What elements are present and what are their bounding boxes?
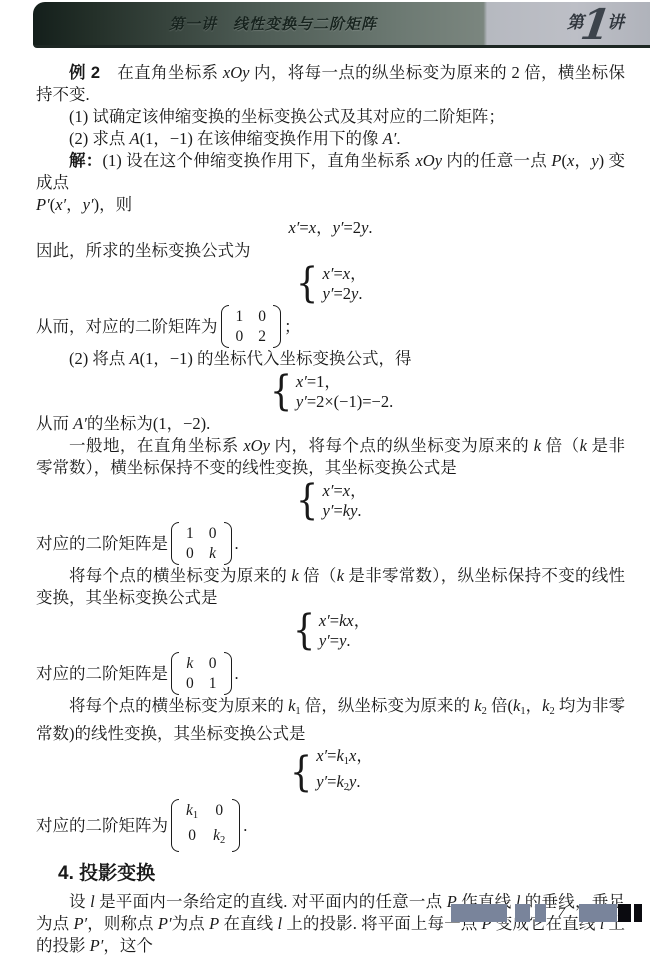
system-line: x′=kx， <box>319 611 370 631</box>
footer-black-block <box>618 904 631 922</box>
text-run: . <box>356 772 360 791</box>
equation: x′=x，y′=2y. <box>288 218 372 237</box>
text-run: )，则 <box>94 195 133 214</box>
text-run: = <box>330 631 339 650</box>
footer-bar <box>451 904 507 922</box>
matrix-paragraph: 对应的二阶矩阵是100k. <box>36 522 625 565</box>
math-var: xOy <box>243 436 270 455</box>
equation-system: {x′=k1x，y′=k2y. <box>288 746 373 798</box>
text-run: 倍( <box>487 696 513 715</box>
footer-square <box>535 904 546 922</box>
equation-system: {x′=x，y′=2y. <box>294 263 366 304</box>
matrix: k100k2 <box>171 799 240 852</box>
math-var: k <box>213 827 220 844</box>
matrix: k001 <box>171 652 232 695</box>
text-run: = <box>333 481 342 500</box>
math-var: y′ <box>323 284 334 303</box>
matrix-cell: 1 <box>236 307 244 326</box>
text-run: = <box>299 218 308 237</box>
paragraph: 一般地，在直角坐标系 xOy 内，将每个点的纵坐标变为原来的 k 倍（k 是非零… <box>36 435 625 479</box>
system-lines: x′=1，y′=2×(−1)=−2. <box>296 372 393 412</box>
matrix-cell: 1 <box>186 524 194 543</box>
text-run: (1，−1) 的坐标代入坐标变换公式，得 <box>140 349 412 368</box>
paren-left <box>171 652 179 695</box>
paren-right <box>224 652 232 695</box>
text-run: 0 <box>186 545 194 562</box>
paragraph: (2) 求点 A(1，−1) 在该伸缩变换作用下的像 A′. <box>36 128 625 150</box>
text-run: 倍（ <box>299 566 337 585</box>
matrix-cell: k <box>186 654 194 673</box>
text-run: (1) 设在这个伸缩变换作用下，直角坐标系 <box>103 151 416 170</box>
text-run: (1，−1) 在该伸缩变换作用下的像 <box>140 129 383 148</box>
text-run: 对应的二阶矩阵是 <box>36 533 168 555</box>
paragraph: 例 2 在直角坐标系 xOy 内，将每一点的纵坐标变为原来的 2 倍，横坐标保持… <box>36 62 625 106</box>
text-run: 为点 <box>172 914 210 933</box>
text-run: . <box>346 631 350 650</box>
math-var: x′ <box>296 372 307 391</box>
text-run: 将每个点的横坐标变为原来的 <box>69 696 288 715</box>
text-run: 4. 投影变换 <box>58 863 155 884</box>
math-var: k <box>542 696 549 715</box>
system-lines: x′=x，y′=ky. <box>323 481 367 521</box>
math-var: x′ <box>319 611 330 630</box>
math-var: k <box>337 566 344 585</box>
math-var: A <box>130 349 140 368</box>
footer-bar-group <box>579 904 642 922</box>
equation-row: {x′=kx，y′=y. <box>36 610 625 651</box>
matrix-grid: 1002 <box>229 305 274 348</box>
text-run: . <box>368 218 372 237</box>
page-footer: 7 <box>451 903 643 923</box>
math-var: k <box>291 566 298 585</box>
math-var: A <box>130 129 140 148</box>
math-var: A′ <box>73 414 87 433</box>
system-lines: x′=x，y′=2y. <box>323 264 367 304</box>
text-run: 例 2 <box>69 64 100 82</box>
brace: { <box>290 752 312 793</box>
matrix-cell: k2 <box>213 826 225 850</box>
matrix-cell: 0 <box>258 307 266 326</box>
text-run: 1 <box>236 308 244 325</box>
text-run: . <box>243 815 247 837</box>
math-var: x′ <box>316 746 327 765</box>
section-heading: 4. 投影变换 <box>58 864 625 884</box>
equation-row: {x′=x，y′=2y. <box>36 263 625 304</box>
text-run: 内，将每个点的纵坐标变为原来的 <box>270 436 534 455</box>
math-var: P′ <box>36 195 50 214</box>
text-run: 0 <box>258 308 266 325</box>
matrix: 1002 <box>221 305 282 348</box>
footer-bar <box>579 904 617 922</box>
math-var: k <box>580 436 587 455</box>
paragraph: (2) 将点 A(1，−1) 的坐标代入坐标变换公式，得 <box>36 348 625 370</box>
math-var: ky <box>343 501 358 520</box>
brace: { <box>296 263 318 304</box>
system-line: x′=x， <box>323 481 367 501</box>
math-var: y′ <box>83 195 94 214</box>
text-run: 0 <box>215 802 223 819</box>
matrix-grid: k100k2 <box>179 799 232 852</box>
math-var: x <box>309 218 316 237</box>
math-var: y′ <box>296 392 307 411</box>
text-run: = <box>330 611 339 630</box>
paren-right <box>232 799 240 852</box>
text-run: . <box>235 663 239 685</box>
paragraph: 因此，所求的坐标变换公式为 <box>36 240 625 262</box>
text-run: 在直角坐标系 <box>100 63 223 82</box>
text-run: ， <box>356 746 373 765</box>
text-run: 0 <box>186 675 194 692</box>
text-run: ， <box>354 611 371 630</box>
tab-numeral: 1 <box>578 4 613 46</box>
text-run: ， <box>316 218 333 237</box>
matrix-cell: 0 <box>186 674 194 693</box>
system-lines: x′=k1x，y′=k2y. <box>316 746 373 798</box>
matrix-grid: 100k <box>179 522 224 565</box>
text-run: 2 <box>258 328 266 345</box>
equation-row: {x′=1，y′=2×(−1)=−2. <box>36 371 625 412</box>
chapter-header-bar: 第一讲 线性变换与二阶矩阵 第 1 讲 <box>33 2 650 48</box>
text-run: =1， <box>307 372 341 391</box>
text-run: 1 <box>193 810 198 821</box>
text-run: . <box>235 533 239 555</box>
math-var: x′ <box>55 195 66 214</box>
system-lines: x′=kx，y′=y. <box>319 611 370 651</box>
brace: { <box>293 610 315 651</box>
system-line: x′=k1x， <box>316 746 373 772</box>
math-var: y′ <box>316 772 327 791</box>
system-line: y′=y. <box>319 631 370 651</box>
text-run: 对应的二阶矩阵是 <box>36 663 168 685</box>
math-var: y′ <box>319 631 330 650</box>
matrix-paragraph: 从而，对应的二阶矩阵为1002； <box>36 305 625 348</box>
text-run: ，则称点 <box>87 914 158 933</box>
document-body: 例 2 在直角坐标系 xOy 内，将每一点的纵坐标变为原来的 2 倍，横坐标保持… <box>36 62 625 957</box>
text-run: 倍，纵坐标变为原来的 <box>301 696 475 715</box>
text-run: 一般地，在直角坐标系 <box>69 436 243 455</box>
math-var: P′ <box>73 914 87 933</box>
system-line: x′=x， <box>323 264 367 284</box>
text-run: 1 <box>209 675 217 692</box>
footer-black-block <box>634 904 642 922</box>
equation-system: {x′=x，y′=ky. <box>294 480 366 521</box>
system-line: x′=1， <box>296 372 393 392</box>
matrix-cell: 1 <box>209 674 217 693</box>
text-run: 对应的二阶矩阵为 <box>36 815 168 837</box>
text-run: 内的任意一点 <box>442 151 551 170</box>
text-run: 2 <box>220 835 225 846</box>
text-run: =2×(−1)=−2. <box>307 392 393 411</box>
paragraph: P′(x′，y′)，则 <box>36 194 625 216</box>
paragraph: 从而 A′的坐标为(1，−2). <box>36 413 625 435</box>
matrix-cell: k <box>209 544 217 563</box>
matrix-cell: 0 <box>236 327 244 346</box>
matrix-paragraph: 对应的二阶矩阵是k001. <box>36 652 625 695</box>
math-var: x <box>343 481 350 500</box>
matrix-cell: 0 <box>213 801 225 825</box>
text-run: 从而 <box>36 414 73 433</box>
math-var: y <box>591 151 598 170</box>
math-var: k <box>474 696 481 715</box>
text-run: =2 <box>333 284 351 303</box>
text-run: ， <box>66 195 83 214</box>
math-var: x <box>343 264 350 283</box>
text-run: . <box>396 129 400 148</box>
paragraph: (1) 试确定该伸缩变换的坐标变换公式及其对应的二阶矩阵； <box>36 106 625 128</box>
paragraph: 将每个点的横坐标变为原来的 k1 倍，纵坐标变为原来的 k2 倍(k1，k2 均… <box>36 695 625 745</box>
text-run: 在直线 <box>219 914 277 933</box>
math-var: k <box>534 436 541 455</box>
text-run: 是平面内一条给定的直线. 对平面内的任意一点 <box>95 892 447 911</box>
text-run: (2) 将点 <box>69 349 130 368</box>
equation-row: x′=x，y′=2y. <box>36 217 625 239</box>
paren-left <box>171 522 179 565</box>
text-run: ， <box>574 151 591 170</box>
paren-right <box>273 305 281 348</box>
paren-left <box>171 799 179 852</box>
text-run: = <box>333 501 342 520</box>
system-line: y′=2y. <box>323 284 367 304</box>
math-var: xOy <box>415 151 442 170</box>
matrix-grid: k001 <box>179 652 224 695</box>
matrix: 100k <box>171 522 232 565</box>
system-line: y′=k2y. <box>316 772 373 798</box>
math-var: xOy <box>223 63 250 82</box>
paren-left <box>221 305 229 348</box>
text-run: (1) 试确定该伸缩变换的坐标变换公式及其对应的二阶矩阵； <box>69 107 505 126</box>
text-run: ，这个 <box>103 936 153 955</box>
math-var: x′ <box>323 481 334 500</box>
system-line: y′=2×(−1)=−2. <box>296 392 393 412</box>
text-run: 设 <box>69 892 90 911</box>
math-var: x′ <box>288 218 299 237</box>
math-var: k <box>186 802 193 819</box>
math-var: k <box>336 772 343 791</box>
text-run: 0 <box>188 827 196 844</box>
math-var: P <box>551 151 561 170</box>
text-run: 解： <box>69 152 103 170</box>
text-run: =2 <box>344 218 362 237</box>
math-var: x′ <box>323 264 334 283</box>
matrix-cell: k1 <box>186 801 198 825</box>
text-run: ， <box>350 481 367 500</box>
math-var: P′ <box>90 936 104 955</box>
text-run: ； <box>284 316 301 338</box>
math-var: kx <box>339 611 354 630</box>
text-run: 的坐标为(1，−2). <box>87 414 210 433</box>
math-var: P′ <box>158 914 172 933</box>
text-run: 0 <box>236 328 244 345</box>
matrix-cell: 0 <box>209 654 217 673</box>
paragraph: 设 l 是平面内一条给定的直线. 对平面内的任意一点 P 作直线 l 的垂线，垂… <box>36 891 625 957</box>
text-run: ， <box>526 696 543 715</box>
matrix-paragraph: 对应的二阶矩阵为k100k2. <box>36 799 625 852</box>
matrix-cell: 0 <box>209 524 217 543</box>
matrix-cell: 0 <box>186 544 194 563</box>
system-line: y′=ky. <box>323 501 367 521</box>
equation-system: {x′=1，y′=2×(−1)=−2. <box>268 371 393 412</box>
text-run: = <box>333 264 342 283</box>
text-run: . <box>358 284 362 303</box>
text-run: 倍（ <box>541 436 580 455</box>
paren-right <box>224 522 232 565</box>
math-var: y′ <box>323 501 334 520</box>
footer-square <box>515 904 530 922</box>
brace: { <box>296 480 318 521</box>
text-run: 从而，对应的二阶矩阵为 <box>36 316 218 338</box>
math-var: k <box>186 655 193 672</box>
text-run: 1 <box>186 525 194 542</box>
text-run: . <box>357 501 361 520</box>
math-var: A′ <box>383 129 397 148</box>
text-run: ， <box>350 264 367 283</box>
matrix-cell: 0 <box>186 826 198 850</box>
text-run: 0 <box>209 655 217 672</box>
chapter-tab: 第 1 讲 <box>567 4 624 36</box>
text-run: 0 <box>209 525 217 542</box>
text-run: 因此，所求的坐标变换公式为 <box>36 241 251 260</box>
brace: { <box>270 371 292 412</box>
math-var: y′ <box>333 218 344 237</box>
paragraph: 将每个点的横坐标变为原来的 k 倍（k 是非零常数），纵坐标保持不变的线性变换，… <box>36 565 625 609</box>
page-number: 7 <box>558 905 566 922</box>
text-run: 将每个点的横坐标变为原来的 <box>69 566 291 585</box>
equation-row: {x′=x，y′=ky. <box>36 480 625 521</box>
math-var: k <box>336 746 343 765</box>
math-var: k <box>209 545 216 562</box>
equation-system: {x′=kx，y′=y. <box>291 610 371 651</box>
paragraph: 解：(1) 设在这个伸缩变换作用下，直角坐标系 xOy 内的任意一点 P(x，y… <box>36 150 625 194</box>
text-run: (2) 求点 <box>69 129 130 148</box>
matrix-cell: 2 <box>258 327 266 346</box>
chapter-bar-title: 第一讲 线性变换与二阶矩阵 <box>169 13 377 34</box>
math-var: P <box>209 914 219 933</box>
equation-row: {x′=k1x，y′=k2y. <box>36 746 625 798</box>
